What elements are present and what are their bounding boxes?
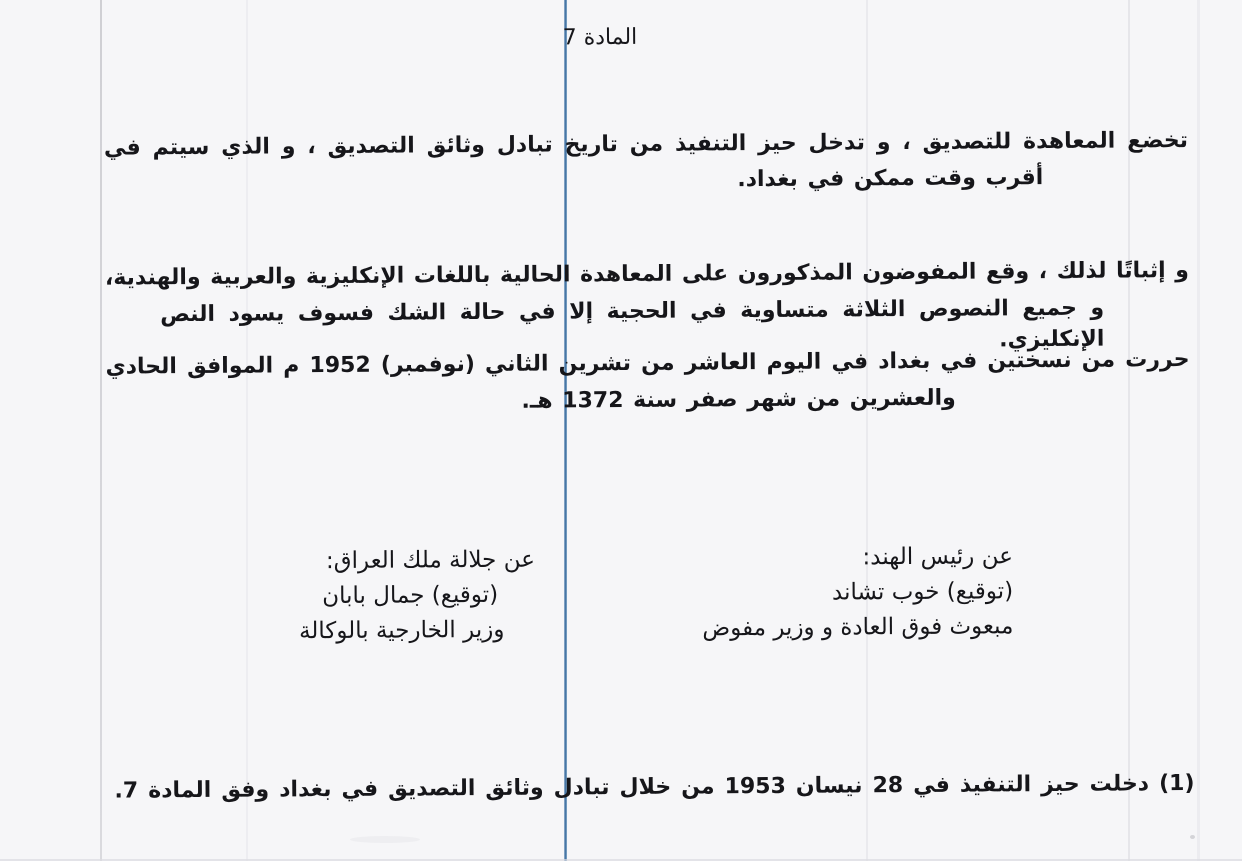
paragraph-3-line-2: والعشرين من شهر صفر سنة 1372 هـ. xyxy=(521,383,956,417)
document-content: المادة 7 تخضع المعاهدة للتصديق ، و تدخل … xyxy=(0,0,1242,861)
scanned-document-page: المادة 7 تخضع المعاهدة للتصديق ، و تدخل … xyxy=(0,0,1242,861)
footnote: (1) دخلت حيز التنفيذ في 28 نيسان 1953 من… xyxy=(114,768,1194,807)
signature-india-role: مبعوث فوق العادة و وزير مفوض xyxy=(702,611,1013,644)
paragraph-2-line-1: و إثباتًا لذلك ، وقع المفوضون المذكورون … xyxy=(105,255,1189,294)
article-title: المادة 7 xyxy=(563,22,638,54)
signature-india-name: (توقيع) خوب تشاند xyxy=(832,576,1013,608)
signature-iraq-name: (توقيع) جمال بابان xyxy=(322,580,498,612)
signature-iraq-role: وزير الخارجية بالوكالة xyxy=(299,615,505,647)
signature-iraq-heading: عن جلالة ملك العراق: xyxy=(326,545,535,577)
signature-india-heading: عن رئيس الهند: xyxy=(862,541,1013,573)
paragraph-3-line-1: حررت من نسختين في بغداد في اليوم العاشر … xyxy=(105,344,1189,383)
paragraph-1-line-2: أقرب وقت ممكن في بغداد. xyxy=(737,162,1043,195)
paragraph-1-line-1: تخضع المعاهدة للتصديق ، و تدخل حيز التنف… xyxy=(104,125,1188,164)
